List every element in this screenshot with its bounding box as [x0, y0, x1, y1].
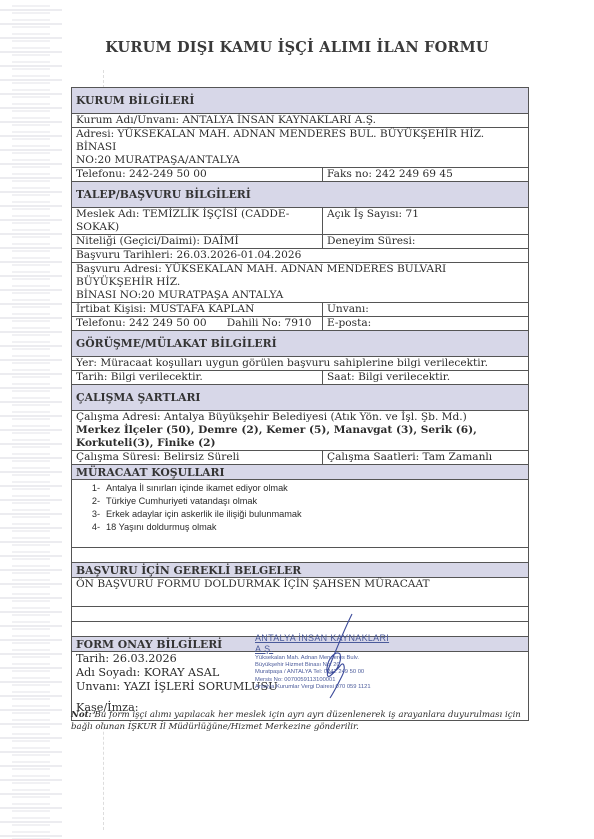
- interview-date: Tarih: Bilgi verilecektir.: [72, 371, 323, 384]
- kurum-address-line2: NO:20 MURATPAŞA/ANTALYA: [76, 154, 524, 167]
- section-header-belgeler: BAŞVURU İÇİN GEREKLİ BELGELER: [72, 563, 528, 578]
- muracaat-list-row: 1-Antalya İl sınırları içinde ikamet edi…: [72, 480, 528, 548]
- work-address-block: Çalışma Adresi: Antalya Büyükşehir Beled…: [72, 411, 528, 450]
- kurum-name: Kurum Adı/Unvanı: ANTALYA İNSAN KAYNAKLA…: [72, 114, 528, 127]
- kurum-contact-row: Telefonu: 242-249 50 00 Faks no: 242 249…: [72, 168, 528, 182]
- footnote-text: Bu form işçi alımı yapılacak her meslek …: [71, 710, 521, 732]
- requirement-text: Antalya İl sınırları içinde ikamet ediyo…: [106, 482, 288, 495]
- work-duration: Çalışma Süresi: Belirsiz Süreli: [72, 451, 323, 464]
- requirement-item: 2-Türkiye Cumhuriyeti vatandaşı olmak: [72, 495, 528, 508]
- nature: Niteliği (Geçici/Daimi): DAİMİ: [72, 235, 323, 248]
- application-dates: Başvuru Tarihleri: 26.03.2026-01.04.2026: [72, 249, 528, 262]
- experience: Deneyim Süresi:: [323, 235, 528, 248]
- footnote: Not: Bu form işçi alımı yapılacak her me…: [71, 709, 531, 733]
- handwritten-signature-icon: [300, 610, 370, 700]
- requirement-number: 3-: [72, 508, 106, 521]
- talep-contact-row: İrtibat Kişisi: MUSTAFA KAPLAN Unvanı:: [72, 303, 528, 317]
- work-hours: Çalışma Saatleri: Tam Zamanlı: [323, 451, 528, 464]
- section-header-muracaat: MÜRACAAT KOŞULLARI: [72, 465, 528, 480]
- open-positions: Açık İş Sayısı: 71: [323, 208, 528, 234]
- kurum-address: Adresi: YÜKSEKALAN MAH. ADNAN MENDERES B…: [72, 128, 528, 167]
- kurum-fax: Faks no: 242 249 69 45: [323, 168, 528, 181]
- gorusme-place-row: Yer: Müracaat koşulları uygun görülen ba…: [72, 357, 528, 371]
- requirement-number: 2-: [72, 495, 106, 508]
- muracaat-empty-row: [72, 548, 528, 563]
- contact-phone: Telefonu: 242 249 50 00 Dahili No: 7910: [72, 317, 323, 330]
- empty-cell: [72, 548, 528, 562]
- contact-title: Unvanı:: [323, 303, 528, 316]
- requirement-text: Erkek adaylar için askerlik ile ilişiği …: [106, 508, 302, 521]
- footnote-label: Not:: [71, 710, 92, 720]
- interview-time: Saat: Bilgi verilecektir.: [323, 371, 528, 384]
- contact-email: E-posta:: [323, 317, 528, 330]
- requirement-text: 18 Yaşını doldurmuş olmak: [106, 521, 216, 534]
- talep-nature-row: Niteliği (Geçici/Daimi): DAİMİ Deneyim S…: [72, 235, 528, 249]
- application-address-line2: BİNASI NO:20 MURATPAŞA ANTALYA: [76, 289, 524, 302]
- talep-address-row: Başvuru Adresi: YÜKSEKALAN MAH. ADNAN ME…: [72, 263, 528, 303]
- requirement-text: Türkiye Cumhuriyeti vatandaşı olmak: [106, 495, 257, 508]
- application-address-line1: Başvuru Adresi: YÜKSEKALAN MAH. ADNAN ME…: [76, 263, 524, 289]
- scan-margin-artifact: [0, 0, 62, 839]
- kurum-address-line1: Adresi: YÜKSEKALAN MAH. ADNAN MENDERES B…: [76, 128, 524, 154]
- page-title: KURUM DIŞI KAMU İŞÇİ ALIMI İLAN FORMU: [0, 39, 594, 56]
- section-header-kurum: KURUM BİLGİLERİ: [72, 88, 528, 114]
- interview-place: Yer: Müracaat koşulları uygun görülen ba…: [72, 357, 528, 370]
- work-address: Çalışma Adresi: Antalya Büyükşehir Beled…: [76, 411, 524, 424]
- requirement-item: 1-Antalya İl sınırları içinde ikamet edi…: [72, 482, 528, 495]
- requirement-number: 1-: [72, 482, 106, 495]
- kurum-phone: Telefonu: 242-249 50 00: [72, 168, 323, 181]
- required-documents: ÖN BAŞVURU FORMU DOLDURMAK İÇİN ŞAHSEN M…: [72, 578, 528, 606]
- kurum-address-row: Adresi: YÜKSEKALAN MAH. ADNAN MENDERES B…: [72, 128, 528, 168]
- calisma-address-row: Çalışma Adresi: Antalya Büyükşehir Beled…: [72, 411, 528, 451]
- section-header-gorusme: GÖRÜŞME/MÜLAKAT BİLGİLERİ: [72, 331, 528, 357]
- requirement-item: 3-Erkek adaylar için askerlik ile ilişiğ…: [72, 508, 528, 521]
- requirements-list: 1-Antalya İl sınırları içinde ikamet edi…: [72, 480, 528, 547]
- section-header-talep: TALEP/BAŞVURU BİLGİLERİ: [72, 182, 528, 208]
- occupation: Meslek Adı: TEMİZLİK İŞÇİSİ (CADDE-SOKAK…: [72, 208, 323, 234]
- calisma-terms-row: Çalışma Süresi: Belirsiz Süreli Çalışma …: [72, 451, 528, 465]
- talep-dates-row: Başvuru Tarihleri: 26.03.2026-01.04.2026: [72, 249, 528, 263]
- kurum-name-row: Kurum Adı/Unvanı: ANTALYA İNSAN KAYNAKLA…: [72, 114, 528, 128]
- gorusme-datetime-row: Tarih: Bilgi verilecektir. Saat: Bilgi v…: [72, 371, 528, 385]
- requirement-number: 4-: [72, 521, 106, 534]
- talep-occupation-row: Meslek Adı: TEMİZLİK İŞÇİSİ (CADDE-SOKAK…: [72, 208, 528, 235]
- requirement-item: 4-18 Yaşını doldurmuş olmak: [72, 521, 528, 534]
- section-header-calisma: ÇALIŞMA ŞARTLARI: [72, 385, 528, 411]
- application-address: Başvuru Adresi: YÜKSEKALAN MAH. ADNAN ME…: [72, 263, 528, 302]
- talep-phone-row: Telefonu: 242 249 50 00 Dahili No: 7910 …: [72, 317, 528, 331]
- work-districts: Merkez İlçeler (50), Demre (2), Kemer (5…: [76, 424, 524, 450]
- belgeler-row: ÖN BAŞVURU FORMU DOLDURMAK İÇİN ŞAHSEN M…: [72, 578, 528, 607]
- contact-person: İrtibat Kişisi: MUSTAFA KAPLAN: [72, 303, 323, 316]
